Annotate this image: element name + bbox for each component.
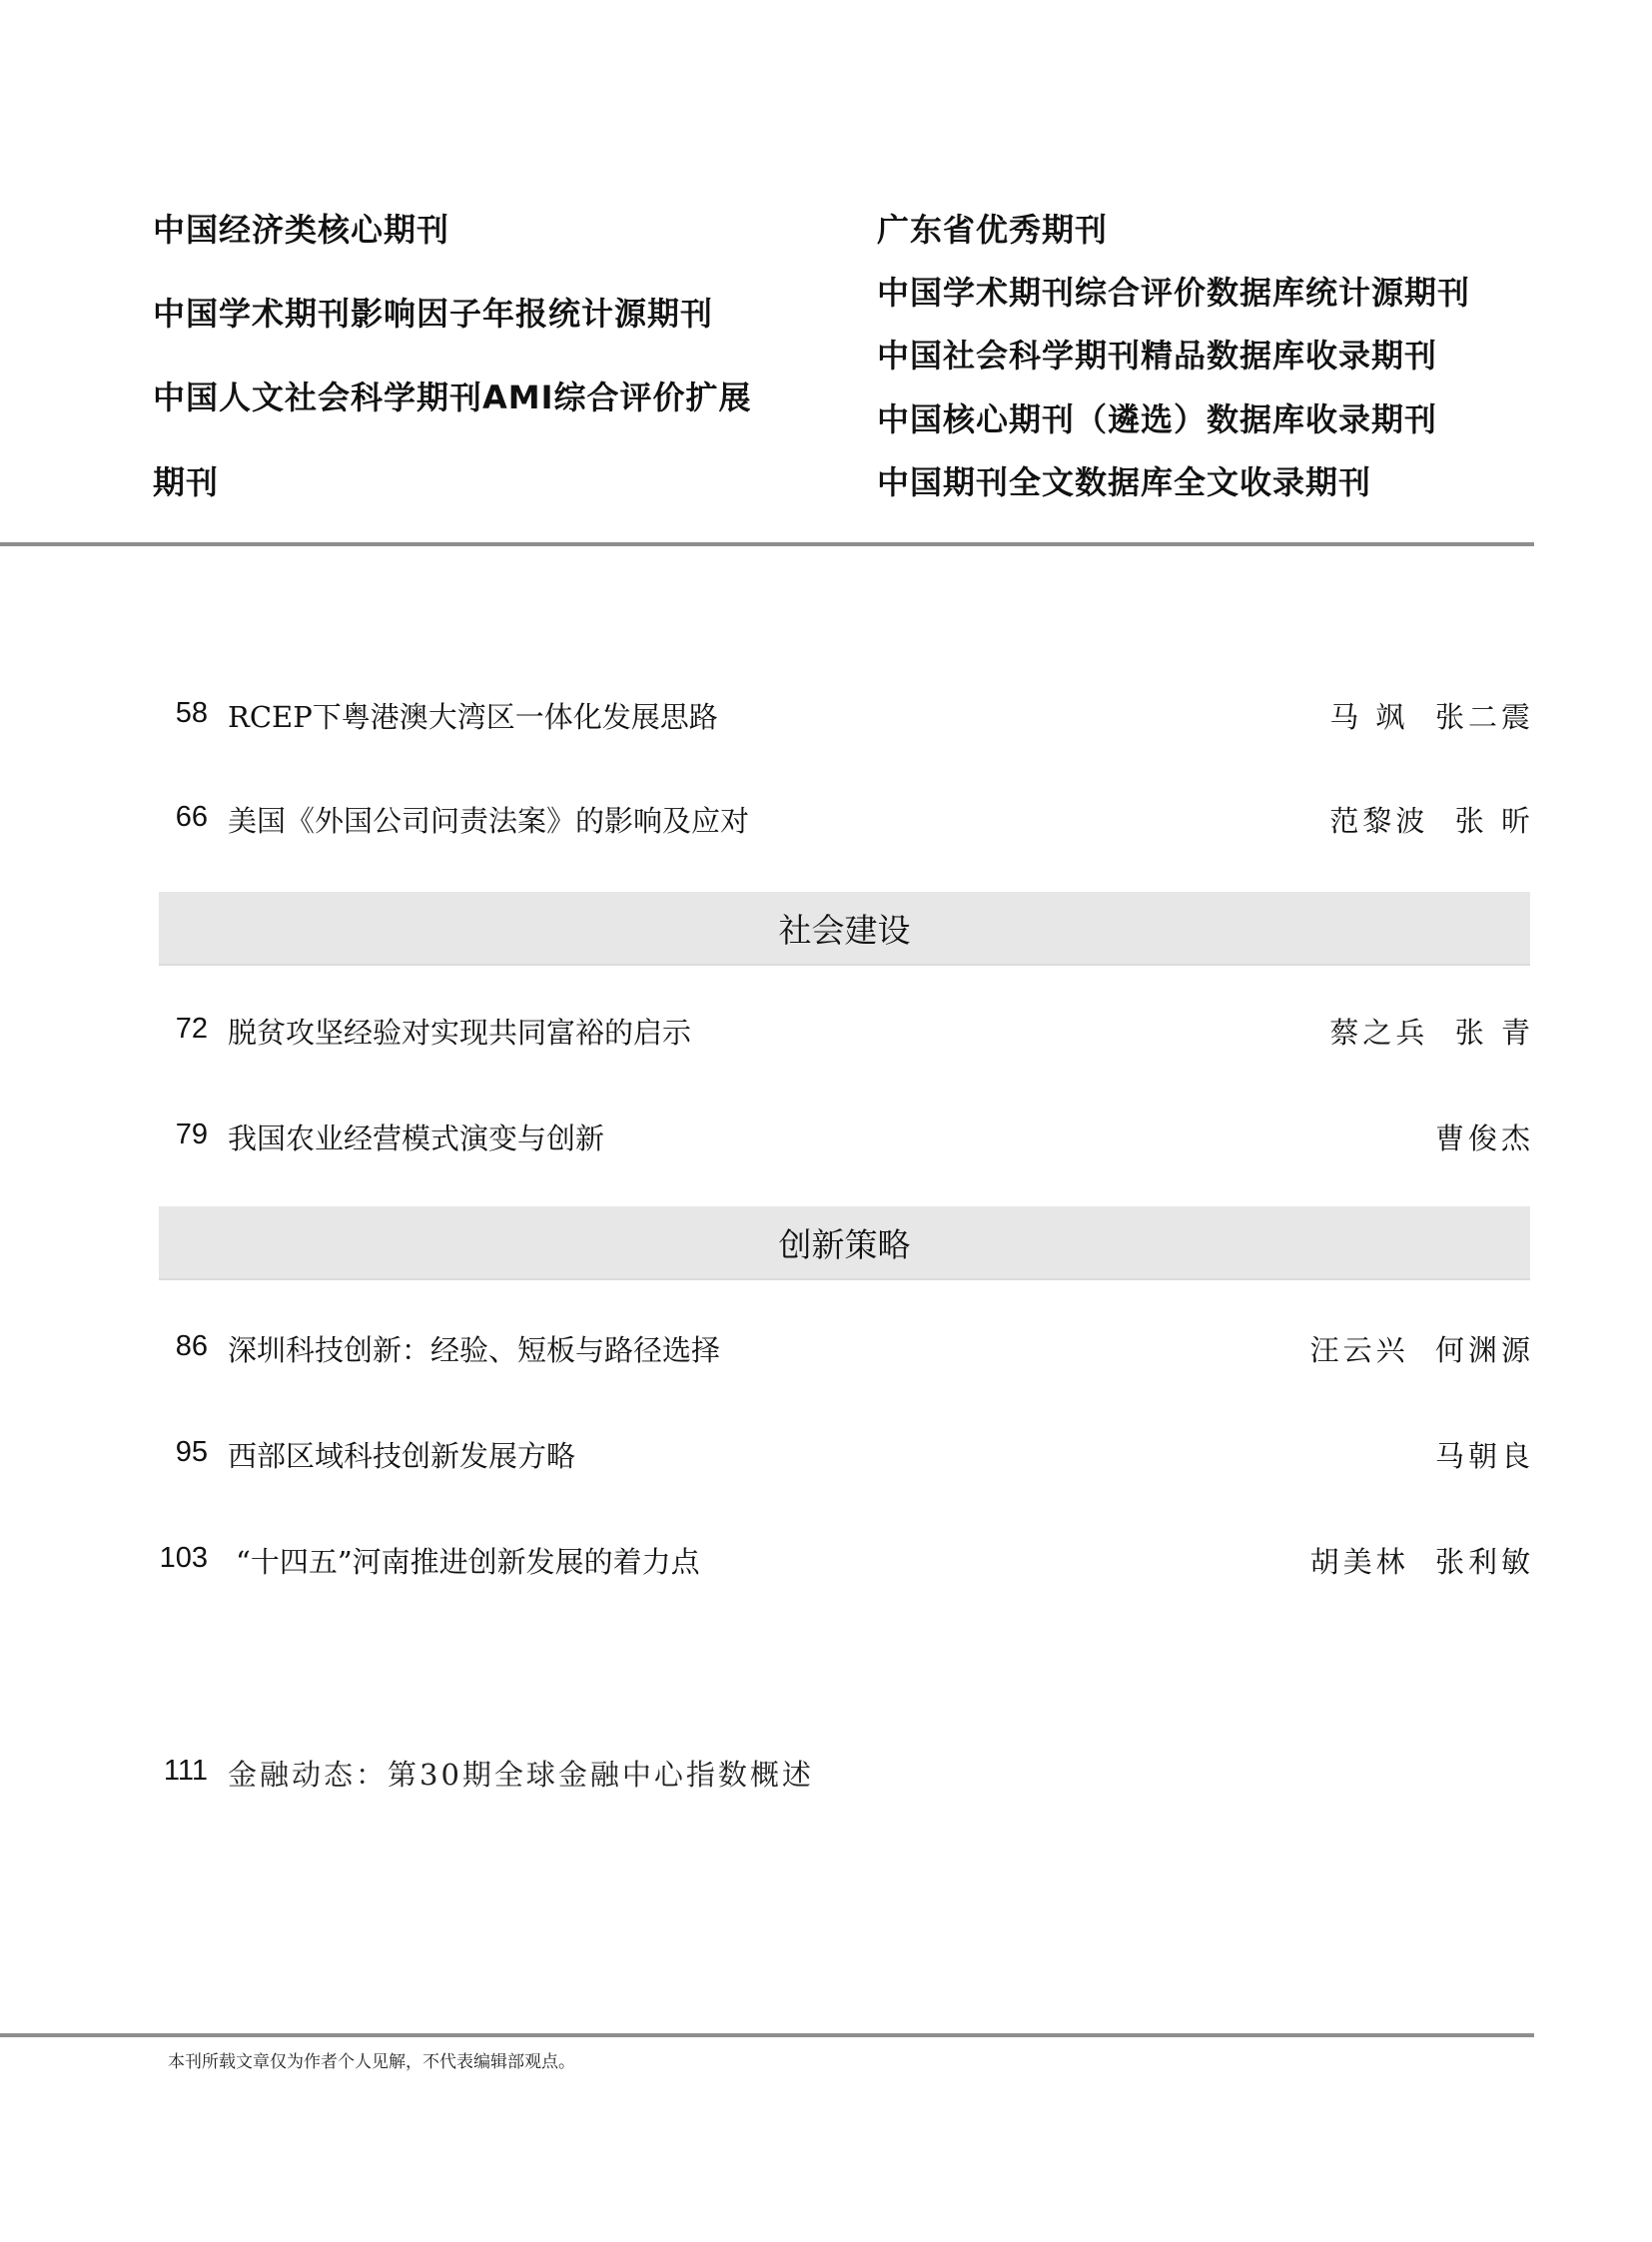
toc-entry[interactable]: 86 深圳科技创新：经验、短板与路径选择 汪云兴 何渊源 <box>150 1326 1534 1370</box>
indexing-item: 中国期刊全文数据库全文收录期刊 <box>877 466 1371 498</box>
toc-authors: 汪云兴 何渊源 <box>1310 1328 1534 1369</box>
toc-title[interactable]: RCEP下粤港澳大湾区一体化发展思路 <box>228 695 718 736</box>
toc-page-number: 95 <box>150 1436 208 1469</box>
toc-title[interactable]: 金融动态：第30期全球金融中心指数概述 <box>228 1753 814 1794</box>
header-divider <box>0 542 1534 546</box>
section-title: 社会建设 <box>779 905 911 952</box>
toc-page-number: 66 <box>150 801 208 834</box>
toc-authors: 胡美林 张利敏 <box>1310 1540 1534 1581</box>
toc-entry[interactable]: 72 脱贫攻坚经验对实现共同富裕的启示 蔡之兵 张 青 <box>150 1009 1534 1053</box>
toc-title[interactable]: 脱贫攻坚经验对实现共同富裕的启示 <box>228 1011 691 1052</box>
toc-authors: 范黎波 张 昕 <box>1329 799 1534 840</box>
toc-title[interactable]: 深圳科技创新：经验、短板与路径选择 <box>228 1328 720 1369</box>
indexing-item: 中国学术期刊影响因子年报统计源期刊 <box>153 298 713 330</box>
indexing-item: 中国核心期刊（遴选）数据库收录期刊 <box>877 403 1437 435</box>
toc-entry[interactable]: 66 美国《外国公司问责法案》的影响及应对 范黎波 张 昕 <box>150 797 1534 841</box>
toc-entry[interactable]: 79 我国农业经营模式演变与创新 曹俊杰 <box>150 1115 1534 1158</box>
indexing-item: 广东省优秀期刊 <box>877 214 1108 246</box>
section-header-social-construction: 社会建设 <box>159 892 1530 966</box>
toc-page-number: 58 <box>150 697 208 730</box>
footer-disclaimer: 本刊所载文章仅为作者个人见解，不代表编辑部观点。 <box>168 2047 575 2072</box>
toc-authors: 蔡之兵 张 青 <box>1329 1011 1534 1052</box>
toc-page-number: 103 <box>150 1542 208 1575</box>
indexing-item: 中国社会科学期刊精品数据库收录期刊 <box>877 340 1437 372</box>
toc-title[interactable]: “十四五”河南推进创新发展的着力点 <box>236 1540 700 1581</box>
toc-title[interactable]: 西部区域科技创新发展方略 <box>228 1434 575 1475</box>
toc-entry-appendix[interactable]: 111 金融动态：第30期全球金融中心指数概述 <box>150 1751 1534 1795</box>
toc-page-number: 79 <box>150 1119 208 1151</box>
indexing-item: 期刊 <box>153 466 219 498</box>
toc-authors: 马朝良 <box>1435 1434 1534 1475</box>
toc-entry[interactable]: 103 “十四五”河南推进创新发展的着力点 胡美林 张利敏 <box>150 1538 1534 1582</box>
indexing-item: 中国经济类核心期刊 <box>153 214 449 246</box>
toc-page-number: 86 <box>150 1330 208 1363</box>
toc-title[interactable]: 我国农业经营模式演变与创新 <box>228 1117 604 1157</box>
footer-divider <box>0 2033 1534 2037</box>
section-title: 创新策略 <box>779 1219 911 1266</box>
section-header-innovation-strategy: 创新策略 <box>159 1206 1530 1280</box>
toc-entry[interactable]: 58 RCEP下粤港澳大湾区一体化发展思路 马 飒 张二震 <box>150 693 1534 737</box>
toc-authors: 马 飒 张二震 <box>1329 695 1534 736</box>
toc-entry[interactable]: 95 西部区域科技创新发展方略 马朝良 <box>150 1432 1534 1476</box>
toc-page-number: 72 <box>150 1013 208 1046</box>
indexing-item: 中国人文社会科学期刊AMI综合评价扩展 <box>153 381 752 413</box>
toc-page-number: 111 <box>150 1755 208 1788</box>
toc-authors: 曹俊杰 <box>1435 1117 1534 1157</box>
indexing-item: 中国学术期刊综合评价数据库统计源期刊 <box>877 277 1470 309</box>
toc-title[interactable]: 美国《外国公司问责法案》的影响及应对 <box>228 799 749 840</box>
